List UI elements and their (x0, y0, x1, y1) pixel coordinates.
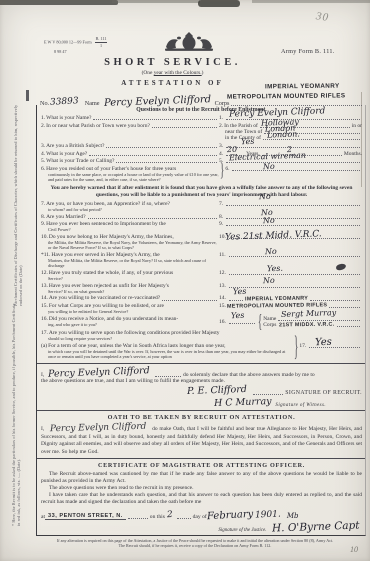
justice-signature-handwritten: H. O'Byrne Capt (272, 519, 360, 534)
answer-14-handwritten: Yes (233, 288, 247, 297)
question-row-17: 17.Are you willing to serve upon the fol… (41, 330, 362, 341)
imperial-yeomanry-stamp: IMPERIAL YEOMANRY (265, 83, 340, 91)
answer-6-handwritten: No (263, 163, 275, 172)
certificate-section: CERTIFICATE OF MAGISTRATE OR ATTESTING O… (41, 461, 362, 535)
middx-vrc-stamp: 21ST MIDDX. V.R.C. (279, 322, 335, 329)
signature-of-recruit-label: SIGNATURE OF RECRUIT. (285, 390, 362, 396)
place-stamp: 33, PENTON STREET, N. (45, 513, 126, 520)
county-handwritten: London. (267, 130, 300, 140)
imperial-yeomanry-stamp: IMPERIAL YEOMANRY (245, 295, 308, 302)
section-divider (37, 363, 365, 364)
royal-crest-icon (156, 30, 222, 54)
scan-artifact (198, 0, 240, 7)
question-row-8: 8.Are you Married? 8. No (41, 214, 362, 220)
question-row-4: 4.What is your Age? 4.Years,Months. 20 2 (41, 151, 362, 157)
officer-initials-handwritten: Mb (287, 512, 299, 520)
answer-10-handwritten: Yes 21st Midd. V.R.C. (225, 229, 322, 242)
question-row-3: 3.Are you a British Subject? 3. Yes (41, 143, 362, 149)
form-body: Questions to be put to the Recruit befor… (36, 105, 366, 536)
attestation-form-scan: 30 10 Parchment Certificates of Discharg… (0, 0, 370, 561)
question-row-5: 5.What is your Trade or Calling? 5. Elec… (41, 158, 362, 164)
recruit-signature-handwritten: P. E. Clifford (187, 384, 247, 397)
day-handwritten: 2 (167, 509, 173, 519)
question-row-1: 1.What is your Name? 1. Percy Evelyn Cli… (41, 115, 362, 121)
answer-3-handwritten: Yes (241, 138, 255, 147)
pencil-annotation: 30 (315, 10, 330, 24)
section-divider (37, 458, 365, 459)
question-row-11: *11.Have you ever served in Her Majesty'… (41, 252, 362, 268)
answer-13-handwritten: No (263, 276, 275, 285)
signature-of-justice-label: Signature of the Justice. (218, 528, 266, 533)
signature-of-witness-label: Signature of Witness. (275, 403, 326, 408)
declaration-section: I, Percy Evelyn Clifford do solemnly dec… (41, 367, 362, 408)
answer-17-handwritten: Yes (315, 336, 332, 348)
answer-9-handwritten: No (263, 217, 275, 226)
footnote: If any alteration is required on this pa… (45, 538, 345, 549)
page-number: 10 (350, 545, 358, 554)
question-row-6: 6.Have you resided out of your Father's … (41, 166, 362, 182)
question-row-12: 12.Have you truly stated the whole, if a… (41, 270, 362, 281)
question-row-14: 14.Are you willing to be vaccinated or r… (41, 295, 362, 301)
answer-12-handwritten: Yes. (267, 265, 283, 275)
form-title: SHORT SERVICE. (30, 57, 315, 68)
witness-signature-handwritten: H C Murray (214, 396, 272, 409)
certificate-heading: CERTIFICATE OF MAGISTRATE OR ATTESTING O… (41, 462, 362, 469)
answer-7-handwritten: No (259, 192, 271, 201)
month-handwritten: February (206, 508, 253, 521)
margin-note-upper: Parchment Certificates of Discharge and … (13, 88, 23, 306)
oath-heading: OATH TO BE TAKEN BY RECRUIT ON ATTESTATI… (41, 414, 362, 421)
question-row-2: 2.In or near what Parish or Town were yo… (41, 123, 362, 141)
answer-11-handwritten: No (265, 248, 277, 257)
clause-a-row: (a)For a term of one year, unless the Wa… (41, 343, 362, 359)
oath-section: OATH TO BE TAKEN BY RECRUIT ON ATTESTATI… (41, 413, 362, 456)
section-divider (37, 410, 365, 411)
scan-artifact (26, 90, 29, 101)
scan-artifact (0, 0, 118, 5)
question-row-16: 16.Did you receive a Notice, and do you … (41, 316, 362, 328)
oath-name-handwritten: Percy Evelyn Clifford (50, 421, 147, 435)
scan-artifact (252, 0, 370, 3)
question-row-13: 13.Have you ever been rejected as unfit … (41, 283, 362, 294)
margin-note-lower: * Here, the Recruit is to be asked the p… (11, 298, 21, 526)
year-handwritten: 1901. (255, 509, 281, 520)
question-row-7: 7.Are you, or have you been, an Apprenti… (41, 201, 362, 212)
answer-16-handwritten: Yes (231, 312, 245, 321)
false-answer-warning: You are hereby warned that if after enli… (41, 185, 362, 199)
form-subtitle: (One year with the Colours.) (30, 70, 315, 76)
form-print-code: E W V 80,000 12—99 FormB. 1111 8 98 47 (44, 36, 107, 55)
scan-artifact (112, 0, 200, 3)
army-form-label: Army Form B. 111. (281, 48, 335, 55)
question-row-10: 10.Do you now belong to Her Majesty's Ar… (41, 234, 362, 250)
